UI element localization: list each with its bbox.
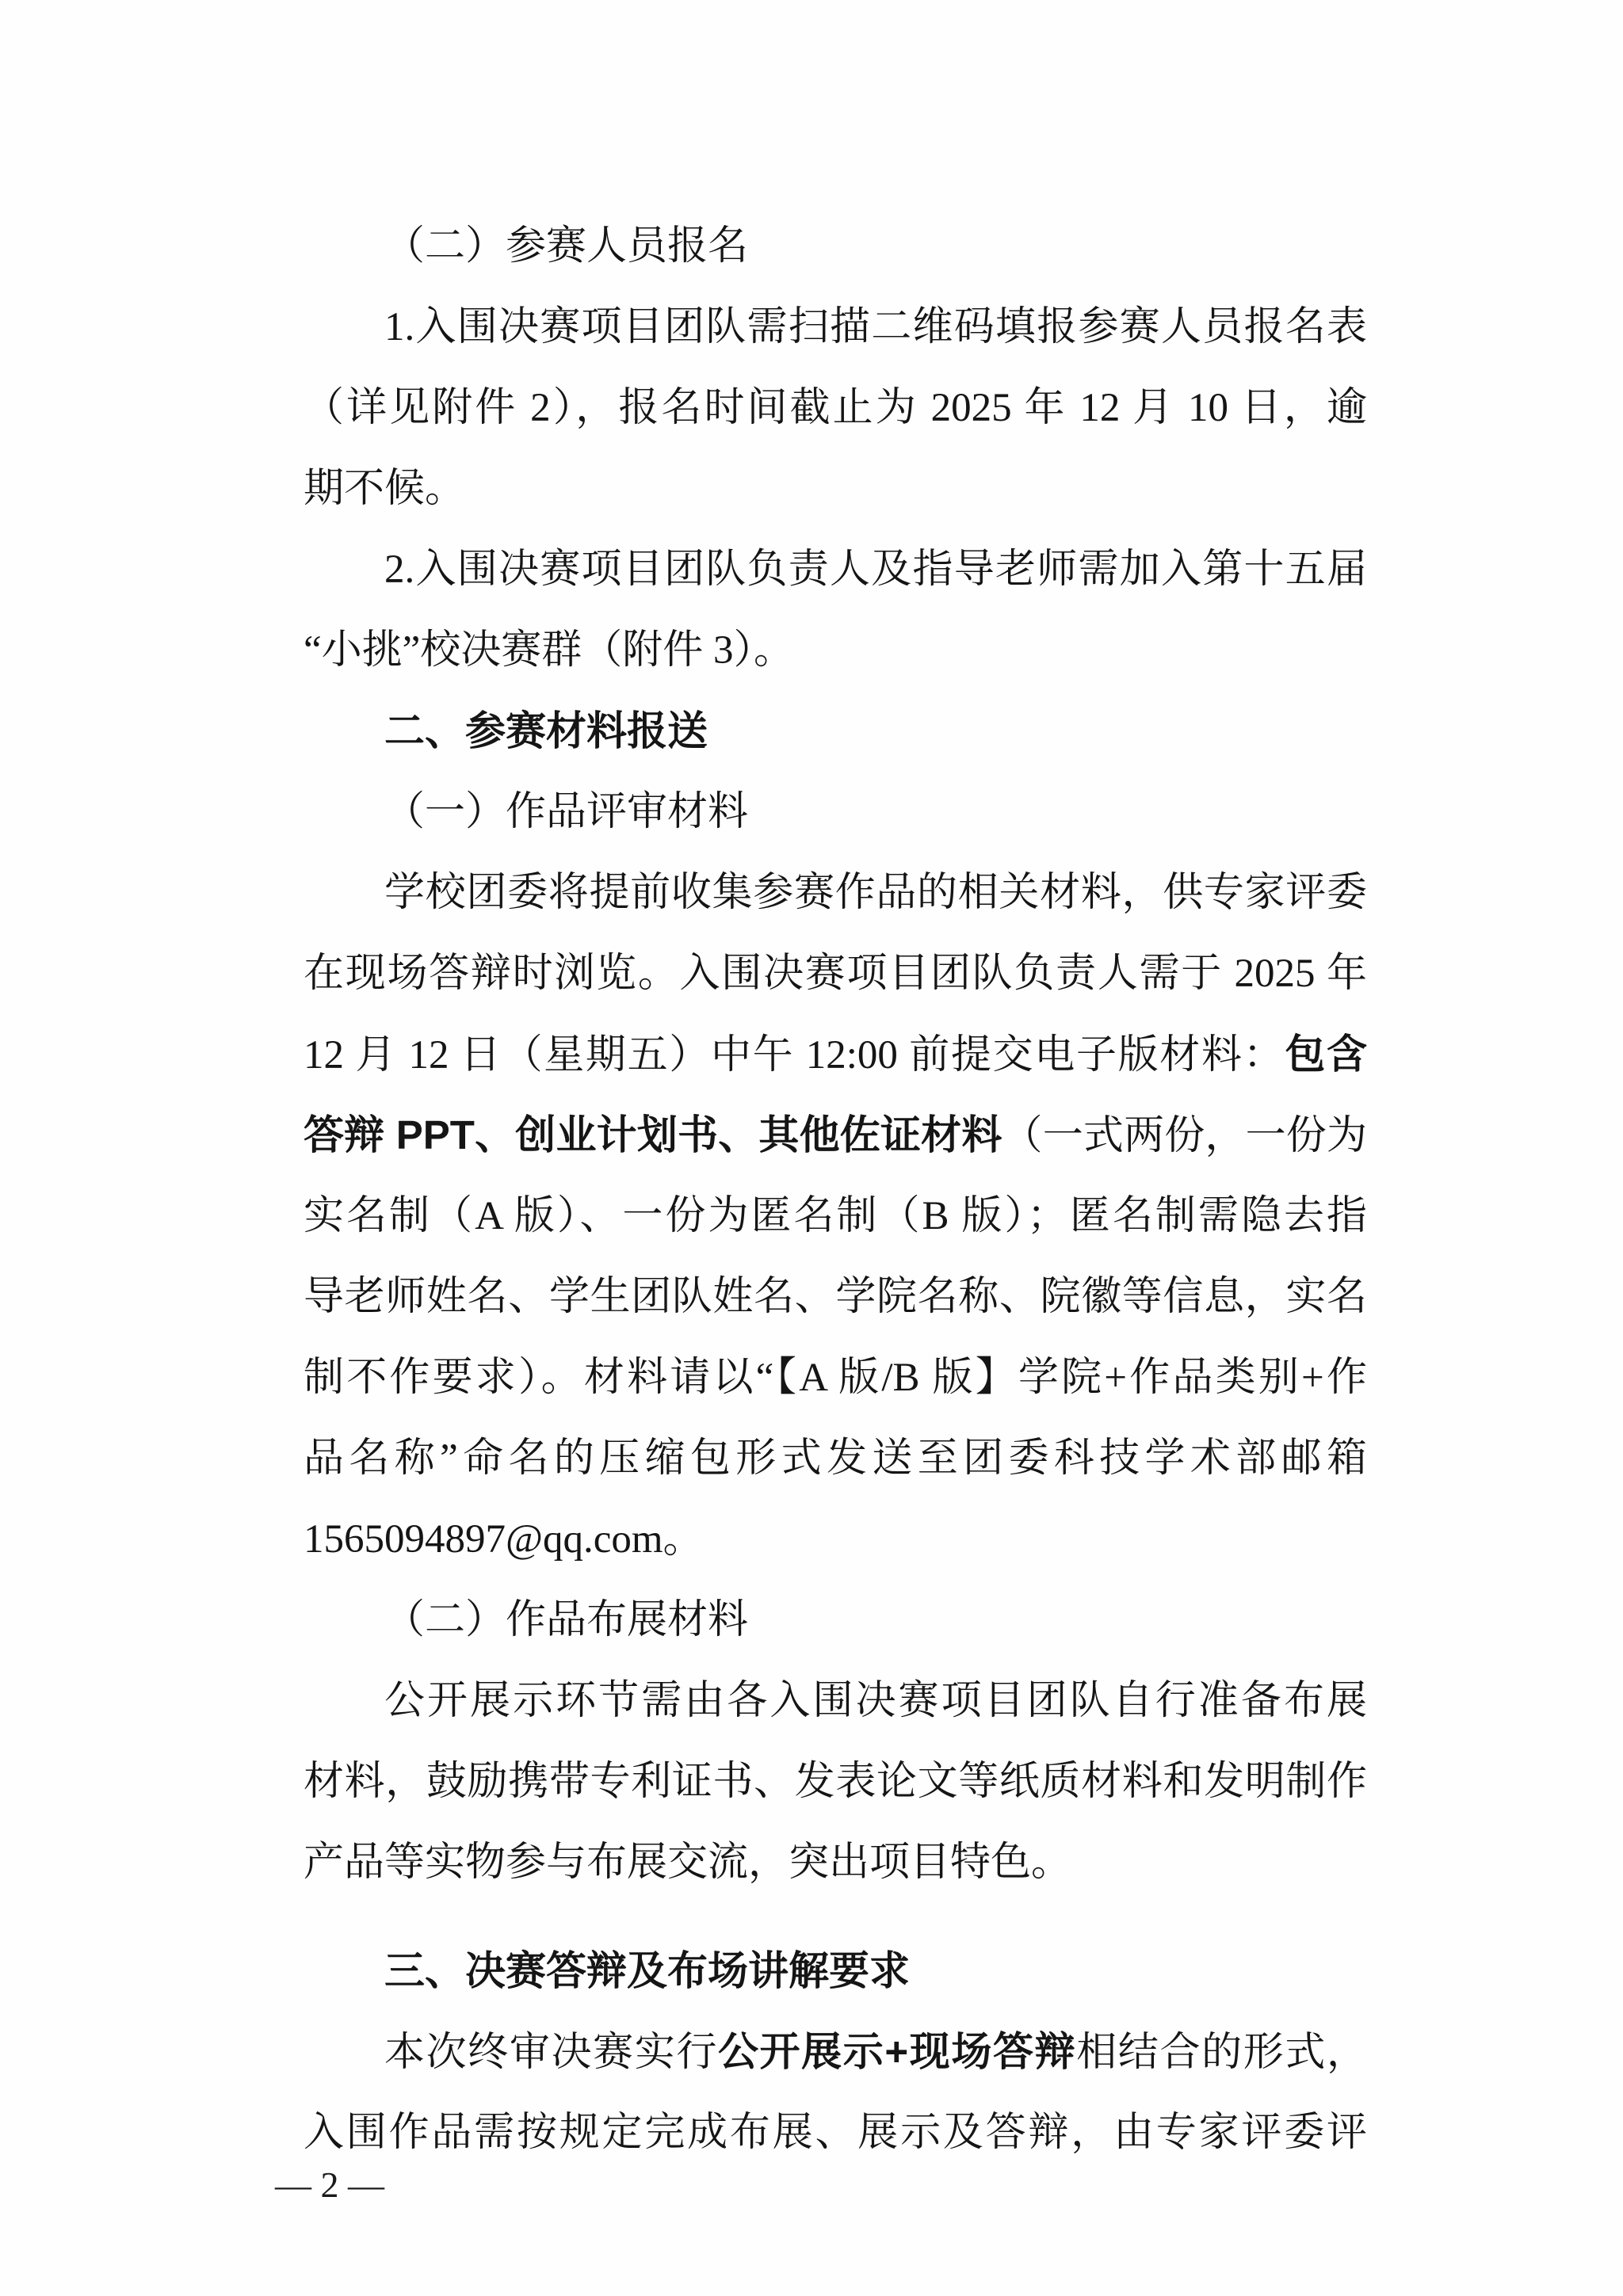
text-line: 期不候。 [304,448,1367,529]
text-line: 三、决赛答辩及布场讲解要求 [304,1931,1367,2012]
text-line: 1565094897@qq.com。 [304,1499,1367,1580]
text-line: “小挑”校决赛群（附件 3）。 [304,610,1367,691]
bold-text-segment: 包含 [1285,1032,1367,1077]
text-segment: 实名制（A 版）、一份为匿名制（B 版）；匿名制需隐去指 [304,1194,1367,1238]
text-segment: 1565094897@qq.com。 [304,1517,704,1562]
text-segment: 公开展示环节需由各入围决赛项目团队自行准备布展 [384,1679,1367,1723]
text-line: 学校团委将提前收集参赛作品的相关材料，供专家评委 [304,852,1367,933]
text-segment: （一式两份，一份为 [1002,1114,1367,1158]
text-segment: （一）作品评审材料 [384,790,748,834]
text-segment: 导老师姓名、学生团队姓名、学院名称、院徽等信息，实名 [304,1275,1367,1319]
text-line: 材料，鼓励携带专利证书、发表论文等纸质材料和发明制作 [304,1741,1367,1822]
text-line: （详见附件 2），报名时间截止为 2025 年 12 月 10 日，逾 [304,368,1367,448]
text-segment: 期不候。 [304,467,465,511]
text-segment: 相结合的形式， [1076,2031,1367,2075]
text-line: 答辩 PPT、创业计划书、其他佐证材料（一式两份，一份为 [304,1095,1367,1176]
bold-text-segment: 三、决赛答辩及布场讲解要求 [384,1948,910,1993]
text-line: 12 月 12 日（星期五）中午 12:00 前提交电子版材料：包含 [304,1014,1367,1095]
text-line: 本次终审决赛实行公开展示+现场答辩相结合的形式， [304,2012,1367,2092]
bold-text-segment: 二、参赛材料报送 [384,708,708,753]
text-line: 实名制（A 版）、一份为匿名制（B 版）；匿名制需隐去指 [304,1176,1367,1257]
text-segment: 学校团委将提前收集参赛作品的相关材料，供专家评委 [384,871,1367,915]
text-line: （二）作品布展材料 [304,1580,1367,1661]
text-line: 产品等实物参与布展交流，突出项目特色。 [304,1822,1367,1903]
text-line: 入围作品需按规定完成布展、展示及答辩，由专家评委评分。 [304,2092,1367,2173]
text-segment: （二）参赛人员报名 [384,224,748,269]
text-line: 品名称”命名的压缩包形式发送至团委科技学术部邮箱 [304,1418,1367,1499]
text-segment: 2.入围决赛项目团队负责人及指导老师需加入第十五届 [384,547,1367,592]
document-body: （二）参赛人员报名1.入围决赛项目团队需扫描二维码填报参赛人员报名表（详见附件 … [304,206,1367,2173]
text-segment: 产品等实物参与布展交流，突出项目特色。 [304,1840,1071,1885]
text-line: 1.入围决赛项目团队需扫描二维码填报参赛人员报名表 [304,287,1367,368]
text-segment: “小挑”校决赛群（附件 3）。 [304,628,794,673]
text-segment: 入围作品需按规定完成布展、展示及答辩，由专家评委评分。 [304,2111,1367,2173]
text-line: 制不作要求）。材料请以“【A 版/B 版】学院+作品类别+作 [304,1337,1367,1418]
text-line: 导老师姓名、学生团队姓名、学院名称、院徽等信息，实名 [304,1257,1367,1337]
text-segment: 在现场答辩时浏览。入围决赛项目团队负责人需于 2025 年 [304,952,1367,996]
text-line: 在现场答辩时浏览。入围决赛项目团队负责人需于 2025 年 [304,933,1367,1014]
page-number: — 2 — [275,2161,384,2209]
text-segment: 材料，鼓励携带专利证书、发表论文等纸质材料和发明制作 [304,1760,1367,1804]
bold-text-segment: 公开展示+现场答辩 [718,2029,1076,2074]
text-segment: 1.入围决赛项目团队需扫描二维码填报参赛人员报名表 [384,305,1367,349]
text-line: 2.入围决赛项目团队负责人及指导老师需加入第十五届 [304,529,1367,610]
document-page: （二）参赛人员报名1.入围决赛项目团队需扫描二维码填报参赛人员报名表（详见附件 … [0,0,1623,2296]
text-segment: 品名称”命名的压缩包形式发送至团委科技学术部邮箱 [304,1436,1367,1481]
text-segment: 制不作要求）。材料请以“【A 版/B 版】学院+作品类别+作 [304,1356,1367,1400]
text-line: 二、参赛材料报送 [304,691,1367,772]
text-line: （一）作品评审材料 [304,772,1367,852]
text-segment: 12 月 12 日（星期五）中午 12:00 前提交电子版材料： [304,1033,1285,1077]
text-line: 公开展示环节需由各入围决赛项目团队自行准备布展 [304,1661,1367,1741]
text-segment: （二）作品布展材料 [384,1598,748,1642]
text-line: （二）参赛人员报名 [304,206,1367,287]
text-segment: 本次终审决赛实行 [384,2031,718,2075]
bold-text-segment: 答辩 PPT、创业计划书、其他佐证材料 [304,1112,1002,1158]
text-segment: （详见附件 2），报名时间截止为 2025 年 12 月 10 日，逾 [304,386,1367,430]
